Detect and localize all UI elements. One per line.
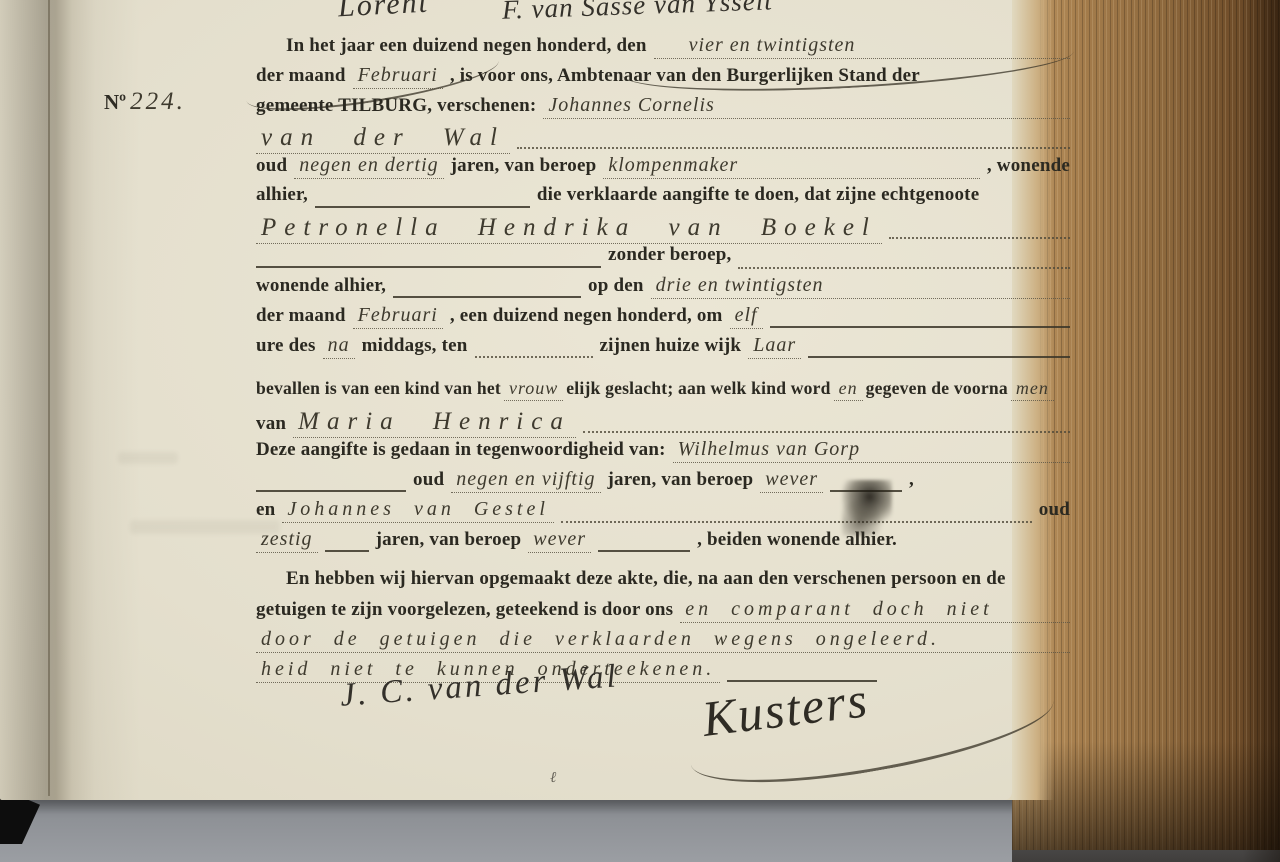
printed-text: zonder beroep, [608,244,731,266]
printed-text: jaren, van beroep [376,529,522,551]
printed-text: oud [413,469,444,491]
printed-text: oud [1039,499,1070,521]
printed-text: middags, ten [362,335,468,357]
act-line: ure des na middags, ten zijnen huize wij… [256,334,1070,364]
handwritten-entry: negen en dertig [294,154,443,179]
handwritten-entry: vier en twintigsten [654,34,1070,59]
handwritten-entry: drie en twintigsten [651,274,1070,299]
printed-text: getuigen te zijn voorgelezen, geteekend … [256,599,673,621]
act-line: zonder beroep, [256,244,1070,274]
printed-text: En hebben wij hiervan opgemaakt deze akt… [256,568,1006,590]
blank-rule [808,356,1070,358]
blank-rule [325,550,369,552]
handwritten-entry: elf [730,304,763,329]
handwritten-entry: en comparant doch niet [680,598,1070,623]
printed-text: In het jaar een duizend negen honderd, d… [256,35,647,57]
printed-text: ure des [256,335,316,357]
handwritten-entry: Maria Henrica [293,408,576,438]
printed-text: jaren, van beroep [451,155,597,177]
act-line: van Maria Henrica [256,408,1070,438]
blank-rule [770,326,1070,328]
handwritten-entry: Wilhelmus van Gorp [673,438,1070,463]
printed-text: gemeente TILBURG, verschenen: [256,95,536,117]
act-line: der maand Februari , een duizend negen h… [256,304,1070,334]
handwritten-entry: klompenmaker [603,154,980,179]
printed-text: en [256,499,275,521]
act-line: In het jaar een duizend negen honderd, d… [256,34,1070,64]
record-number-prefix: Nº [104,90,126,114]
handwritten-entry: en [834,378,863,401]
printed-text: alhier, [256,184,308,206]
left-page-edge-line [48,0,50,796]
book-scan-photo: der ende noote amen , oud hier. n de ee.… [0,0,1280,862]
printed-text: Deze aangifte is gedaan in tegenwoordigh… [256,439,666,461]
birth-act-page: der ende noote amen , oud hier. n de ee.… [0,0,1012,800]
printed-text: van [256,413,286,435]
act-line: zestig jaren, van beroep wever , beiden … [256,528,1070,558]
act-line: oud negen en dertig jaren, van beroep kl… [256,154,1070,184]
printed-text: die verklaarde aangifte te doen, dat zij… [537,184,979,206]
act-line: Deze aangifte is gedaan in tegenwoordigh… [256,438,1070,468]
handwritten-entry: door de getuigen die verklaarden wegens … [256,628,1070,653]
handwritten-entry: wever [760,468,823,493]
printed-text: elijk geslacht; aan welk kind word [566,378,830,399]
gutter-shadow [0,0,140,800]
handwritten-entry: Februari [353,64,443,89]
paragraph-gap [256,558,1070,568]
act-line: Petronella Hendrika van Boekel [256,214,1070,244]
blank-rule [517,147,1070,149]
blank-rule [561,521,1032,523]
act-line: bevallen is van een kind van het vrouw e… [256,378,1070,408]
printed-text: wonende alhier, [256,275,386,297]
handwritten-entry: Johannes Cornelis [543,94,1070,119]
printed-text: der maand [256,65,346,87]
act-body: In het jaar een duizend negen honderd, d… [256,34,1070,688]
blank-rule [583,431,1070,433]
act-line: En hebben wij hiervan opgemaakt deze akt… [256,568,1070,598]
paragraph-gap [256,364,1070,378]
handwritten-entry: negen en vijftig [451,468,600,493]
blank-rule [256,266,601,268]
bleed-through [118,452,178,464]
previous-act-signature-left: Lorent [337,0,430,24]
bleed-through [130,520,280,534]
act-line: oud negen en vijftig jaren, van beroep w… [256,468,1070,498]
handwritten-entry: men [1011,378,1054,401]
act-line: getuigen te zijn voorgelezen, geteekend … [256,598,1070,628]
handwritten-entry: Petronella Hendrika van Boekel [256,214,882,244]
blank-rule [256,490,406,492]
printed-text: , is voor ons, Ambtenaar van den Burgerl… [450,65,920,87]
blank-rule [598,550,690,552]
printed-text: gegeven de voorna [866,378,1008,399]
handwritten-entry: wever [528,528,591,553]
handwritten-entry: Laar [748,334,801,359]
printed-text: , [909,469,914,491]
act-line: wonende alhier, op den drie en twintigst… [256,274,1070,304]
act-line: van der Wal [256,124,1070,154]
act-line: en Johannes van Gestel oud [256,498,1070,528]
blank-rule [889,237,1070,239]
printed-text: zijnen huize wijk [600,335,742,357]
act-line: gemeente TILBURG, verschenen: Johannes C… [256,94,1070,124]
record-number: Nº 224. [104,88,186,116]
blank-rule [393,296,581,298]
handwritten-entry: na [323,334,355,359]
act-line: alhier, die verklaarde aangifte te doen,… [256,184,1070,214]
handwritten-entry: vrouw [504,378,563,401]
printed-text: , een duizend negen honderd, om [450,305,723,327]
partial-pen-mark: ℓ [550,770,556,787]
blank-rule [475,356,593,358]
handwritten-entry: van der Wal [256,124,510,154]
blank-rule [315,206,530,208]
handwritten-entry: Februari [353,304,443,329]
printed-text: der maand [256,305,346,327]
act-line: door de getuigen die verklaarden wegens … [256,628,1070,658]
ink-smudge [842,480,892,536]
record-number-value: 224. [130,88,186,115]
printed-text: oud [256,155,287,177]
blank-rule [738,267,1070,269]
act-line: der maand Februari , is voor ons, Ambten… [256,64,1070,94]
printed-text: jaren, van beroep [608,469,754,491]
printed-text: bevallen is van een kind van het [256,378,501,399]
printed-text: op den [588,275,644,297]
printed-text: , wonende [987,155,1070,177]
handwritten-entry: Johannes van Gestel [282,498,554,523]
previous-act-signature-right: F. van Sasse van Ysselt [502,0,774,26]
